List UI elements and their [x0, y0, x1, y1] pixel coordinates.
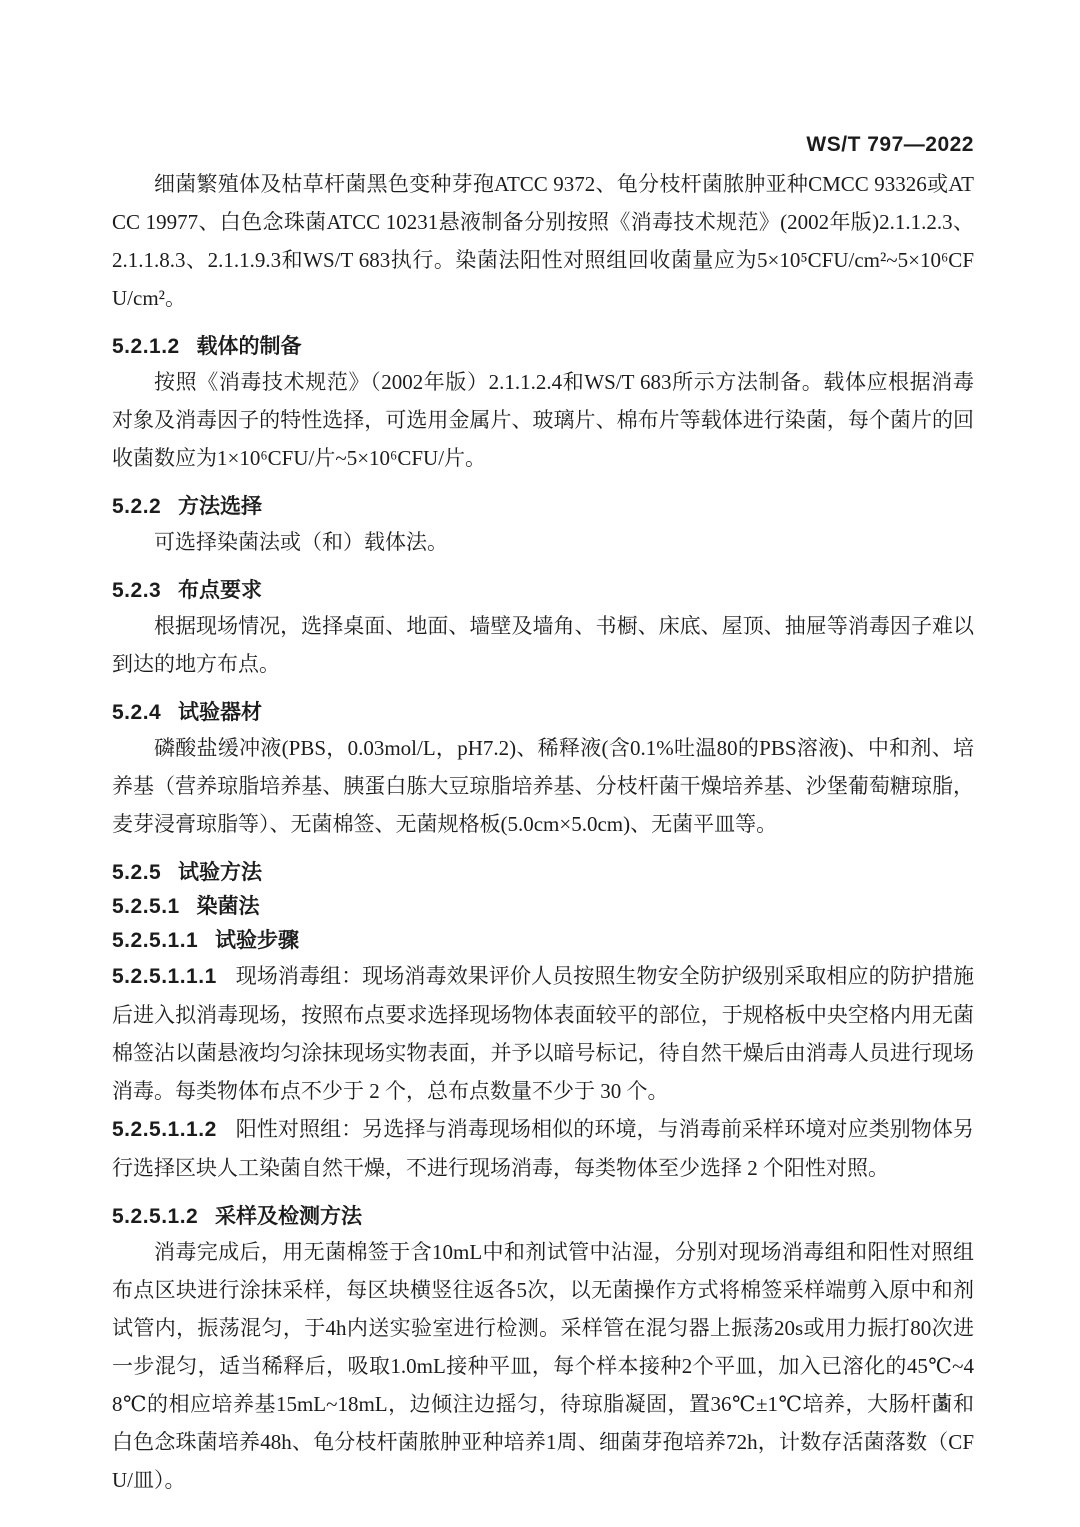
clause-title: 试验器材 [178, 701, 262, 724]
numbered-clause-paragraph: 5.2.5.1.1.1现场消毒组：现场消毒效果评价人员按照生物安全防护级别采取相… [112, 957, 974, 1110]
numbered-clause-paragraph: 5.2.5.1.1.2阳性对照组：另选择与消毒现场相似的环境，与消毒前采样环境对… [112, 1110, 974, 1187]
clause-heading: 5.2.3布点要求 [112, 575, 974, 607]
body-paragraph: 根据现场情况，选择桌面、地面、墙壁及墙角、书橱、床底、屋顶、抽屉等消毒因子难以到… [112, 607, 974, 683]
clause-title: 布点要求 [178, 579, 262, 602]
body-paragraph: 细菌繁殖体及枯草杆菌黑色变种芽孢ATCC 9372、龟分枝杆菌脓肿亚种CMCC … [112, 165, 974, 317]
clause-title: 方法选择 [178, 495, 262, 518]
page-content: WS/T 797—2022 细菌繁殖体及枯草杆菌黑色变种芽孢ATCC 9372、… [112, 133, 974, 1499]
clause-number: 5.2.5.1.1 [112, 929, 198, 952]
clause-heading: 5.2.2方法选择 [112, 491, 974, 523]
clause-title: 试验方法 [178, 861, 262, 884]
clause-number: 5.2.1.2 [112, 335, 180, 358]
body-paragraph: 可选择染菌法或（和）载体法。 [112, 523, 974, 561]
clause-heading: 5.2.5.1染菌法 [112, 891, 974, 923]
clause-heading: 5.2.5试验方法 [112, 857, 974, 889]
clause-text: 阳性对照组：另选择与消毒现场相似的环境，与消毒前采样环境对应类别物体另行选择区块… [112, 1117, 974, 1180]
page-number: 5 [938, 1390, 948, 1418]
clause-number: 5.2.5.1.2 [112, 1205, 198, 1228]
body-paragraph: 消毒完成后，用无菌棉签于含10mL中和剂试管中沾湿，分别对现场消毒组和阳性对照组… [112, 1233, 974, 1499]
clause-number: 5.2.5.1.1.1 [112, 965, 217, 988]
clause-number: 5.2.5.1.1.2 [112, 1118, 217, 1141]
clause-heading: 5.2.1.2载体的制备 [112, 331, 974, 363]
clause-title: 载体的制备 [197, 335, 302, 358]
clause-number: 5.2.2 [112, 495, 161, 518]
clause-heading: 5.2.4试验器材 [112, 697, 974, 729]
clause-title: 染菌法 [197, 895, 260, 918]
clause-number: 5.2.3 [112, 579, 161, 602]
clause-number: 5.2.5 [112, 861, 161, 884]
body-paragraph: 磷酸盐缓冲液(PBS，0.03mol/L，pH7.2)、稀释液(含0.1%吐温8… [112, 729, 974, 843]
clause-number: 5.2.4 [112, 701, 161, 724]
clause-text: 现场消毒组：现场消毒效果评价人员按照生物安全防护级别采取相应的防护措施后进入拟消… [112, 964, 974, 1103]
body-paragraph: 按照《消毒技术规范》（2002年版）2.1.1.2.4和WS/T 683所示方法… [112, 363, 974, 477]
clause-number: 5.2.5.1 [112, 895, 180, 918]
clause-heading: 5.2.5.1.2采样及检测方法 [112, 1201, 974, 1233]
clause-title: 试验步骤 [215, 929, 299, 952]
document-page: WS/T 797—2022 细菌繁殖体及枯草杆菌黑色变种芽孢ATCC 9372、… [0, 0, 1080, 1527]
clause-title: 采样及检测方法 [215, 1205, 362, 1228]
standard-code-header: WS/T 797—2022 [112, 133, 974, 157]
clause-heading: 5.2.5.1.1试验步骤 [112, 925, 974, 957]
